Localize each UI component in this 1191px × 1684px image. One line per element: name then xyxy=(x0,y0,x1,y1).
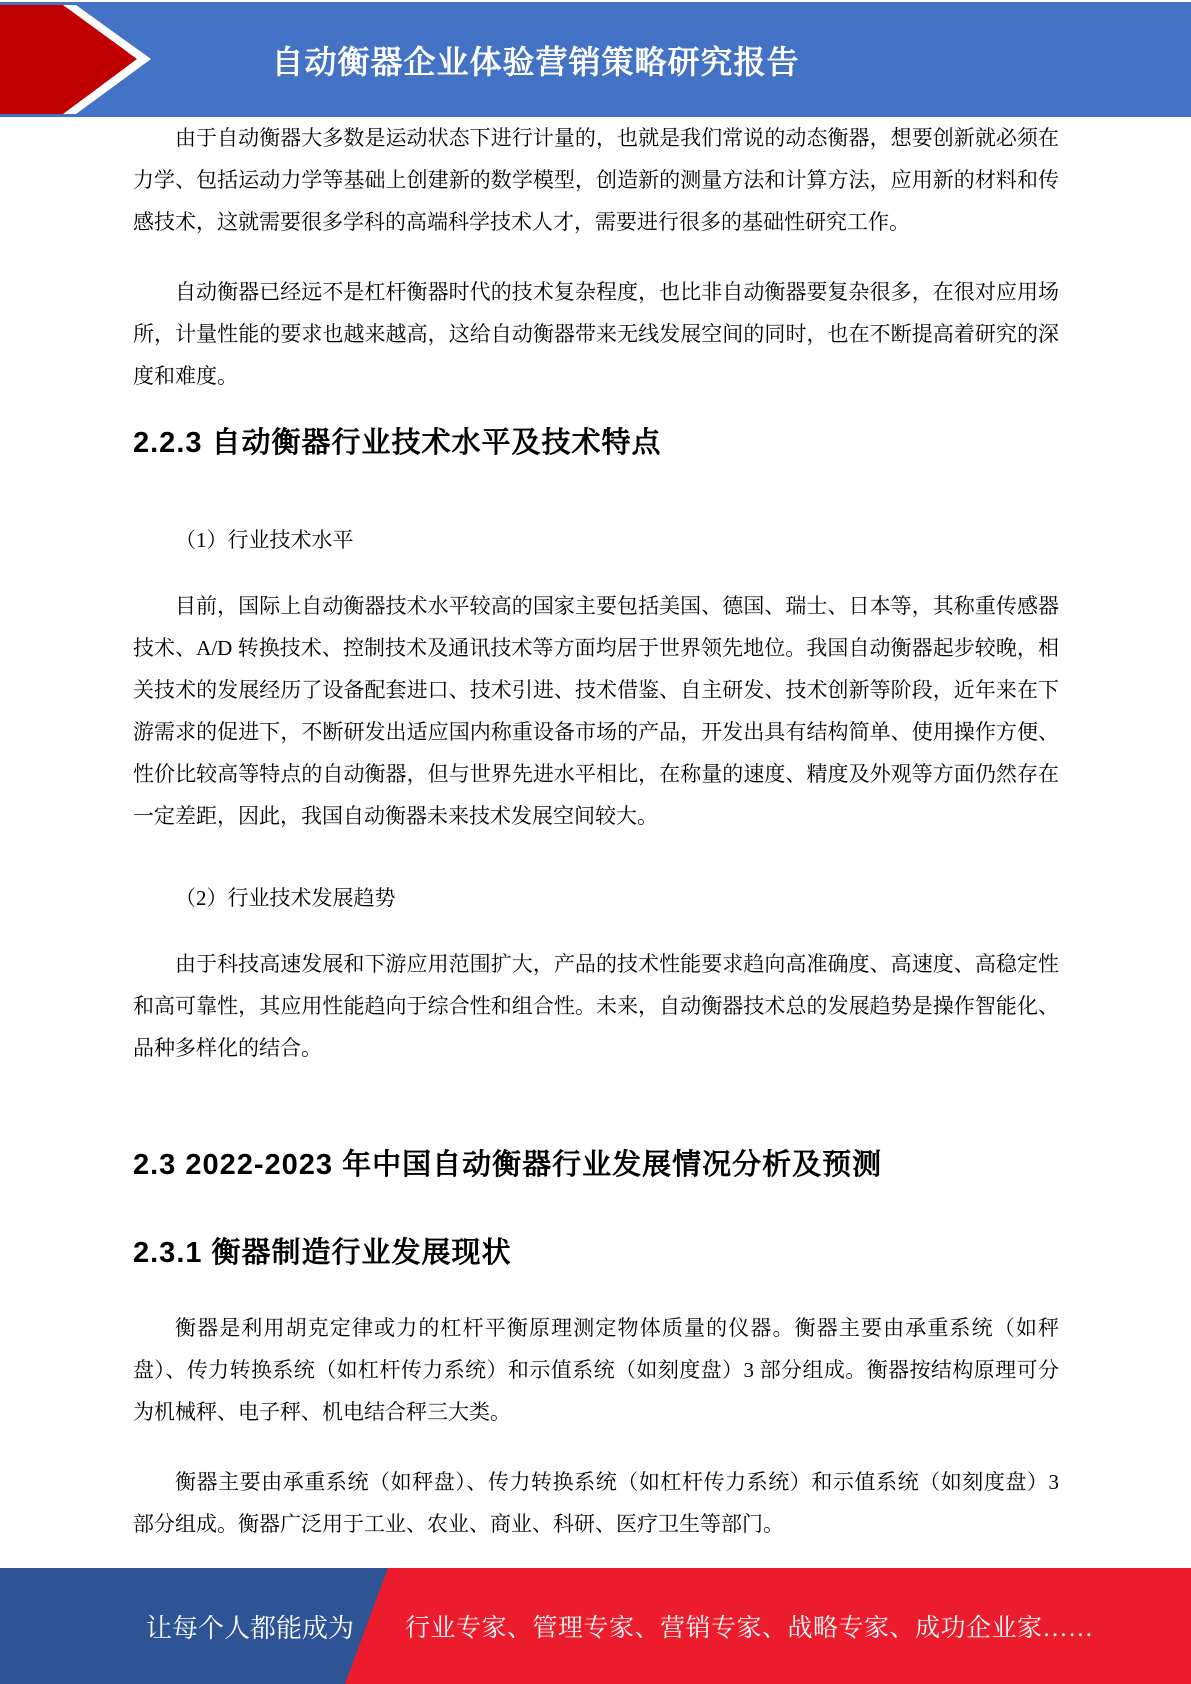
section-heading-2-3-1: 2.3.1 衡器制造行业发展现状 xyxy=(133,1235,1059,1271)
subheading-industry-tech-level: （1）行业技术水平 xyxy=(133,519,1059,561)
paragraph-complexity: 自动衡器已经远不是杠杆衡器时代的技术复杂程度，也比非自动衡器要复杂很多，在很对应… xyxy=(133,271,1059,397)
report-header-banner: 自动衡器企业体验营销策略研究报告 xyxy=(0,2,1191,117)
paragraph-scale-principle: 衡器是利用胡克定律或力的杠杆平衡原理测定物体质量的仪器。衡器主要由承重系统（如秤… xyxy=(133,1307,1059,1433)
footer-slogan-right: 行业专家、管理专家、营销专家、战略专家、成功企业家…… xyxy=(405,1568,1094,1684)
document-body: 由于自动衡器大多数是运动状态下进行计量的，也就是我们常说的动态衡器，想要创新就必… xyxy=(133,117,1059,1603)
subheading-tech-trend: （2）行业技术发展趋势 xyxy=(133,877,1059,919)
section-heading-2-3: 2.3 2022-2023 年中国自动衡器行业发展情况分析及预测 xyxy=(133,1147,1059,1183)
footer-slogan-left: 让每个人都能成为 xyxy=(85,1568,415,1684)
paragraph-tech-trend: 由于科技高速发展和下游应用范围扩大，产品的技术性能要求趋向高准确度、高速度、高稳… xyxy=(133,943,1059,1069)
paragraph-tech-level: 目前，国际上自动衡器技术水平较高的国家主要包括美国、德国、瑞士、日本等，其称重传… xyxy=(133,585,1059,837)
page-footer: 让每个人都能成为 行业专家、管理专家、营销专家、战略专家、成功企业家…… xyxy=(0,1568,1191,1684)
paragraph-dynamic-weighing: 由于自动衡器大多数是运动状态下进行计量的，也就是我们常说的动态衡器，想要创新就必… xyxy=(133,117,1059,243)
report-page: 自动衡器企业体验营销策略研究报告 由于自动衡器大多数是运动状态下进行计量的，也就… xyxy=(0,0,1191,1684)
section-heading-2-2-3: 2.2.3 自动衡器行业技术水平及技术特点 xyxy=(133,425,1059,461)
paragraph-scale-systems: 衡器主要由承重系统（如秤盘）、传力转换系统（如杠杆传力系统）和示值系统（如刻度盘… xyxy=(133,1461,1059,1545)
report-title: 自动衡器企业体验营销策略研究报告 xyxy=(100,2,971,117)
